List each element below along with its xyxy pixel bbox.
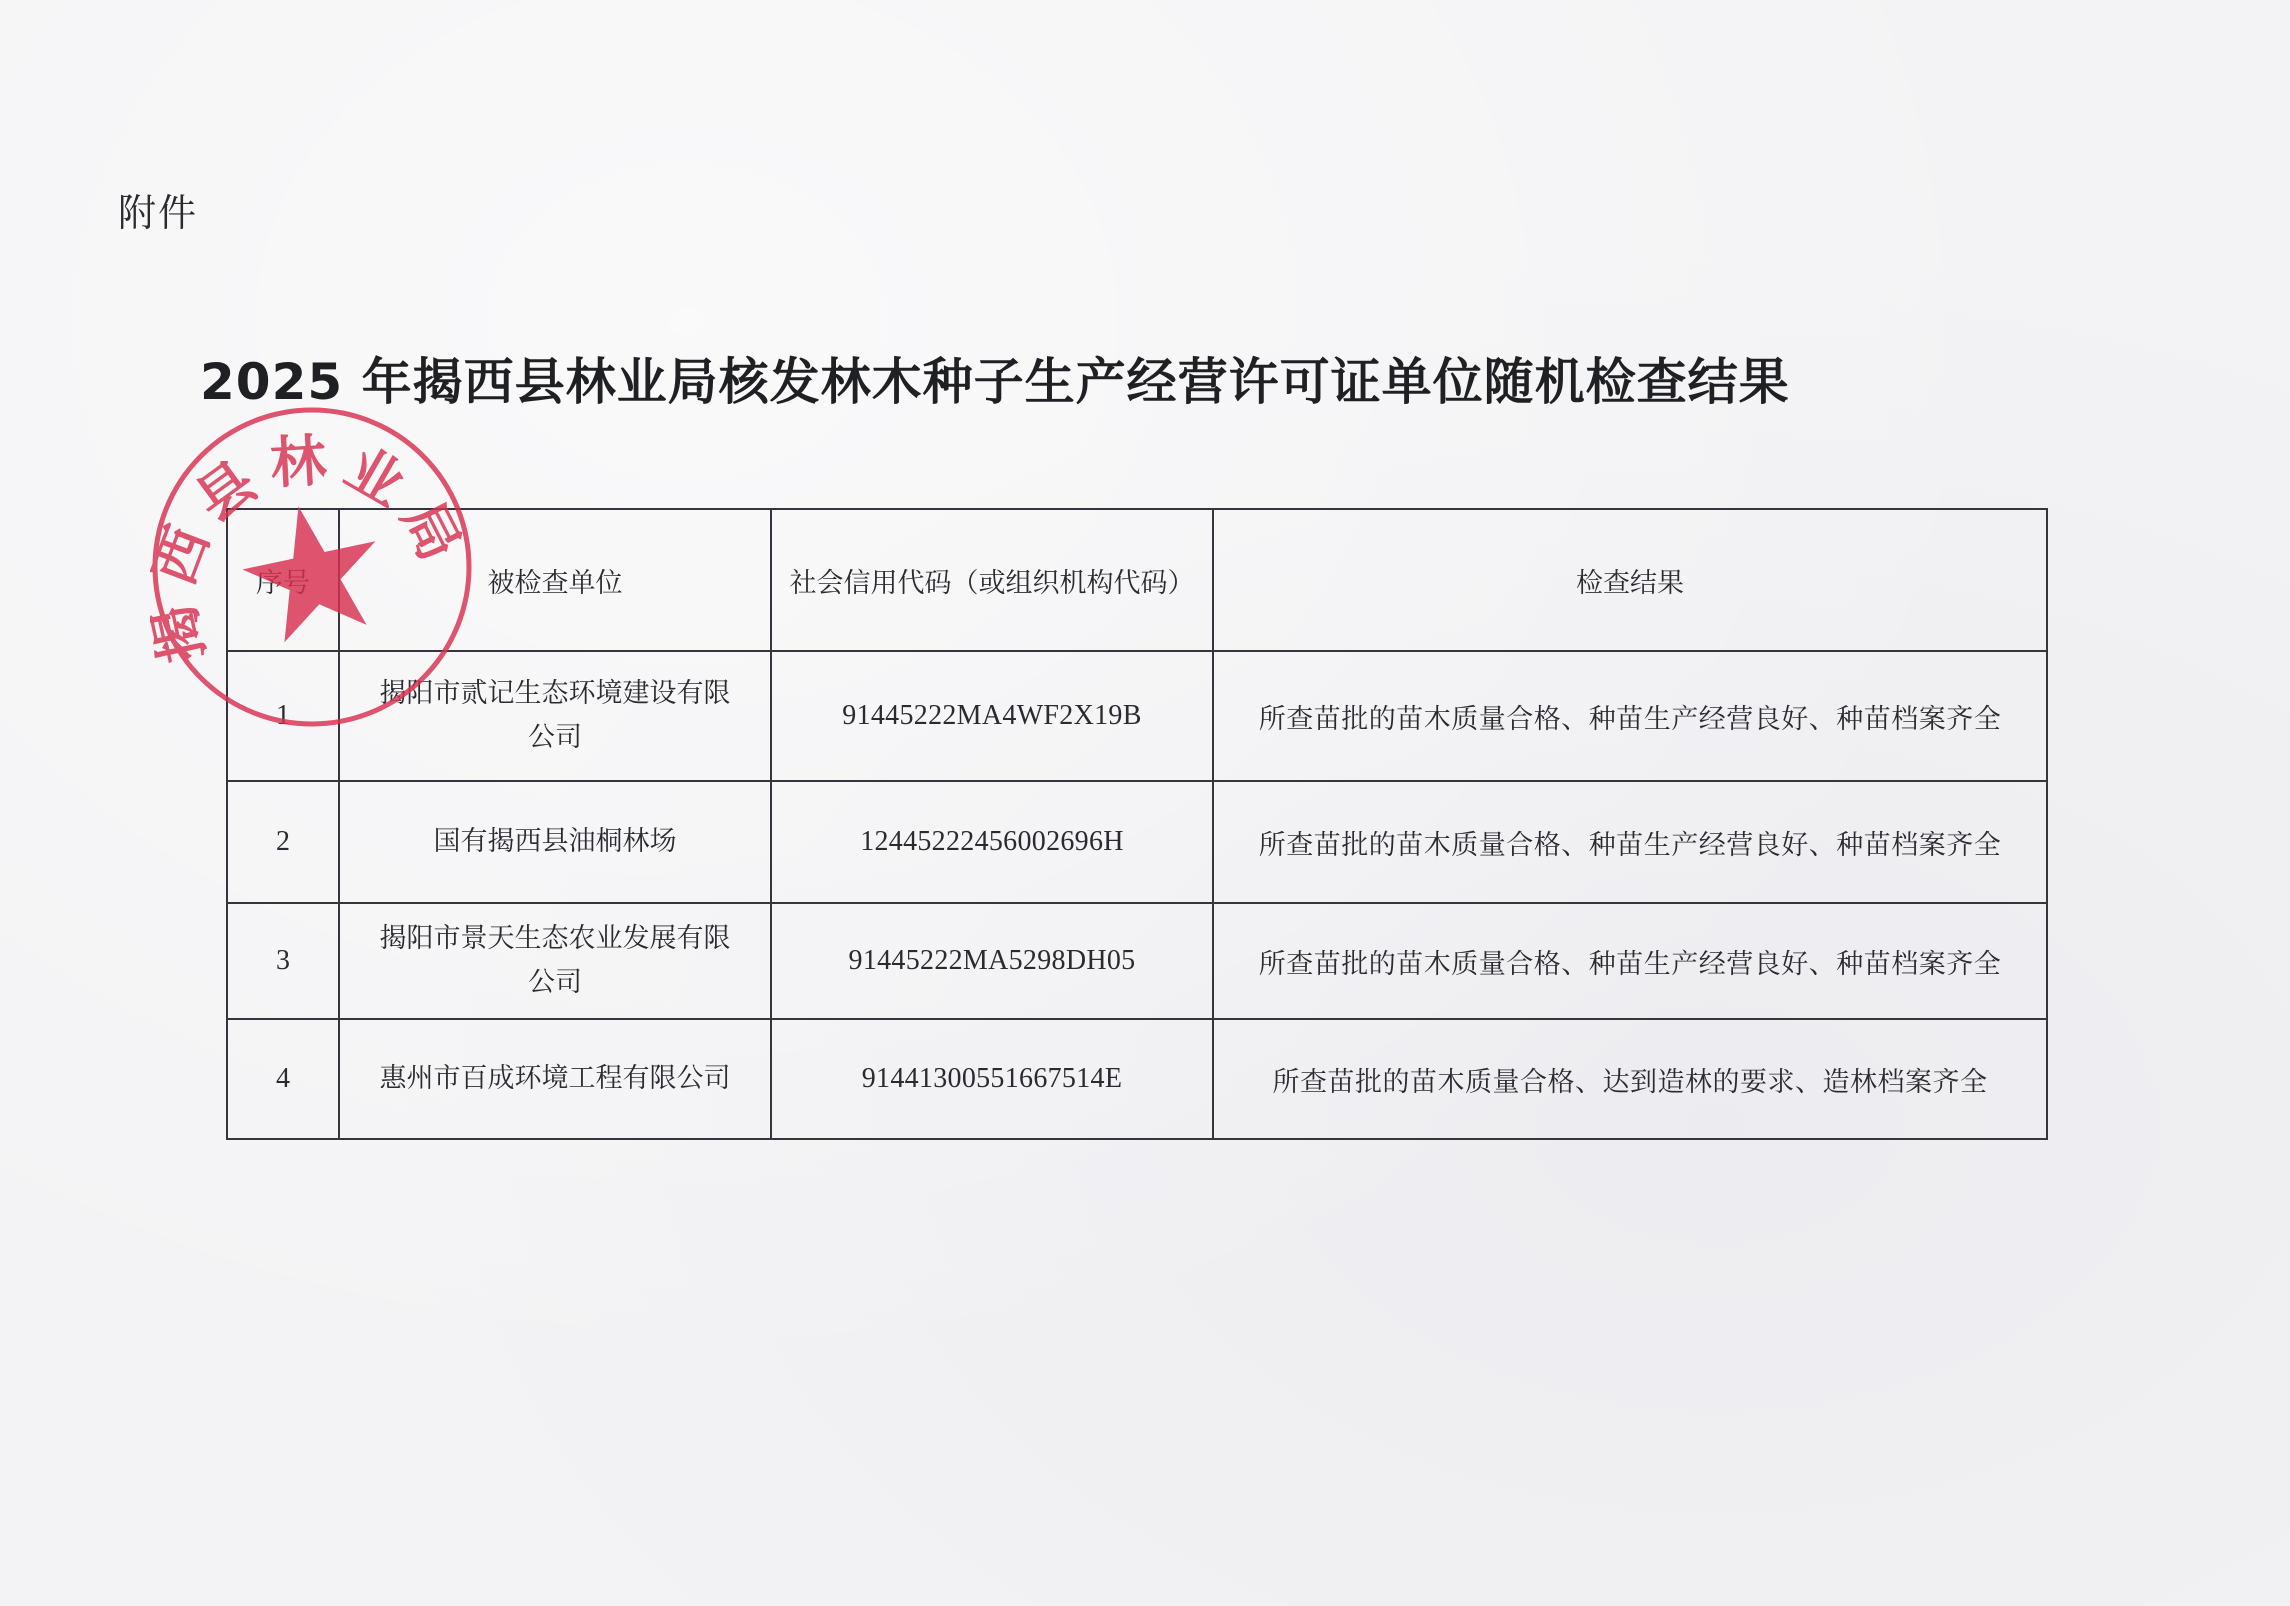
table-row: 3 揭阳市景天生态农业发展有限公司 91445222MA5298DH05 所查苗… bbox=[227, 903, 2047, 1019]
cell-code: 12445222456002696H bbox=[771, 781, 1213, 903]
attachment-label: 附件 bbox=[118, 182, 198, 237]
cell-code: 91441300551667514E bbox=[771, 1019, 1213, 1139]
cell-seq: 2 bbox=[227, 781, 339, 903]
cell-seq: 3 bbox=[227, 903, 339, 1019]
table-row: 2 国有揭西县油桐林场 12445222456002696H 所查苗批的苗木质量… bbox=[227, 781, 2047, 903]
cell-unit: 惠州市百成环境工程有限公司 bbox=[339, 1019, 771, 1139]
cell-seq: 4 bbox=[227, 1019, 339, 1139]
cell-result: 所查苗批的苗木质量合格、种苗生产经营良好、种苗档案齐全 bbox=[1213, 651, 2047, 781]
cell-result: 所查苗批的苗木质量合格、种苗生产经营良好、种苗档案齐全 bbox=[1213, 903, 2047, 1019]
table-row: 4 惠州市百成环境工程有限公司 91441300551667514E 所查苗批的… bbox=[227, 1019, 2047, 1139]
cell-result: 所查苗批的苗木质量合格、种苗生产经营良好、种苗档案齐全 bbox=[1213, 781, 2047, 903]
table-header-row: 序号 被检查单位 社会信用代码（或组织机构代码） 检查结果 bbox=[227, 509, 2047, 651]
table-row: 1 揭阳市贰记生态环境建设有限公司 91445222MA4WF2X19B 所查苗… bbox=[227, 651, 2047, 781]
cell-code: 91445222MA5298DH05 bbox=[771, 903, 1213, 1019]
cell-result: 所查苗批的苗木质量合格、达到造林的要求、造林档案齐全 bbox=[1213, 1019, 2047, 1139]
cell-seq: 1 bbox=[227, 651, 339, 781]
header-seq: 序号 bbox=[227, 509, 339, 651]
document-title: 2025 年揭西县林业局核发林木种子生产经营许可证单位随机检查结果 bbox=[200, 342, 2070, 414]
header-unit: 被检查单位 bbox=[339, 509, 771, 651]
header-result: 检查结果 bbox=[1213, 509, 2047, 651]
inspection-results-table: 序号 被检查单位 社会信用代码（或组织机构代码） 检查结果 1 揭阳市贰记生态环… bbox=[226, 508, 2048, 1140]
cell-unit: 国有揭西县油桐林场 bbox=[339, 781, 771, 903]
header-code: 社会信用代码（或组织机构代码） bbox=[771, 509, 1213, 651]
cell-code: 91445222MA4WF2X19B bbox=[771, 651, 1213, 781]
cell-unit: 揭阳市贰记生态环境建设有限公司 bbox=[339, 651, 771, 781]
cell-unit: 揭阳市景天生态农业发展有限公司 bbox=[339, 903, 771, 1019]
